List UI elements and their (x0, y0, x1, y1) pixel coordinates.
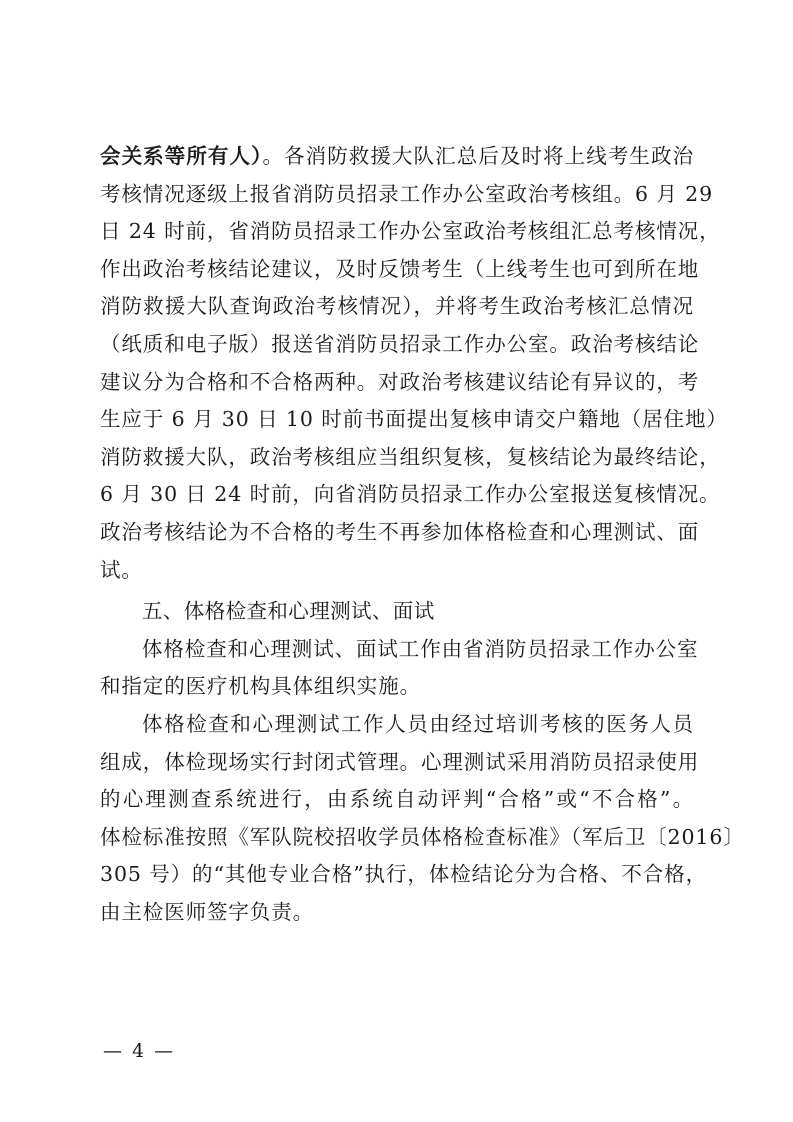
text-line: 体检标准按照《军队院校招收学员体格检查标准》（军后卫〔2016〕 (100, 819, 694, 857)
text-line: 政治考核结论为不合格的考生不再参加体格检查和心理测试、面 (100, 514, 694, 552)
exam-standards-paragraph: 体格检查和心理测试工作人员由经过培训考核的医务人员 组成，体检现场实行封闭式管理… (100, 706, 694, 932)
text-fragment: 。各消防救援大队汇总后及时将上线考生政治 (262, 144, 694, 168)
document-page: 会关系等所有人）。各消防救援大队汇总后及时将上线考生政治 考核情况逐级上报省消防… (100, 138, 694, 931)
text-line: （纸质和电子版）报送省消防员招录工作办公室。政治考核结论 (100, 326, 694, 364)
text-line: 305 号）的“其他专业合格”执行，体检结论分为合格、不合格， (100, 856, 694, 894)
text-line: 6 月 30 日 24 时前，向省消防员招录工作办公室报送复核情况。 (100, 476, 694, 514)
page-number: — 4 — (103, 1040, 175, 1062)
text-line: 生应于 6 月 30 日 10 时前书面提出复核申请交户籍地（居住地） (100, 401, 694, 439)
bold-text-fragment: 会关系等所有人） (100, 144, 262, 168)
text-line: 试。 (100, 552, 694, 590)
text-line: 体格检查和心理测试、面试工作由省消防员招录工作办公室 (100, 631, 694, 669)
text-line: 作出政治考核结论建议，及时反馈考生（上线考生也可到所在地 (100, 251, 694, 289)
text-line: 会关系等所有人）。各消防救援大队汇总后及时将上线考生政治 (100, 138, 694, 176)
text-line: 体格检查和心理测试工作人员由经过培训考核的医务人员 (100, 706, 694, 744)
text-line: 组成，体检现场实行封闭式管理。心理测试采用消防员招录使用 (100, 744, 694, 782)
text-line: 和指定的医疗机构具体组织实施。 (100, 668, 694, 706)
text-line: 考核情况逐级上报省消防员招录工作办公室政治考核组。6 月 29 (100, 176, 694, 214)
political-review-paragraph: 会关系等所有人）。各消防救援大队汇总后及时将上线考生政治 考核情况逐级上报省消防… (100, 138, 694, 589)
text-line: 消防救援大队，政治考核组应当组织复核，复核结论为最终结论， (100, 439, 694, 477)
exam-organization-paragraph: 体格检查和心理测试、面试工作由省消防员招录工作办公室 和指定的医疗机构具体组织实… (100, 631, 694, 706)
text-line: 建议分为合格和不合格两种。对政治考核建议结论有异议的，考 (100, 364, 694, 402)
section-heading: 五、体格检查和心理测试、面试 (100, 593, 694, 631)
text-line: 消防救援大队查询政治考核情况），并将考生政治考核汇总情况 (100, 288, 694, 326)
text-line: 的心理测查系统进行，由系统自动评判“合格”或“不合格”。 (100, 781, 694, 819)
text-line: 由主检医师签字负责。 (100, 894, 694, 932)
text-line: 日 24 时前，省消防员招录工作办公室政治考核组汇总考核情况， (100, 213, 694, 251)
